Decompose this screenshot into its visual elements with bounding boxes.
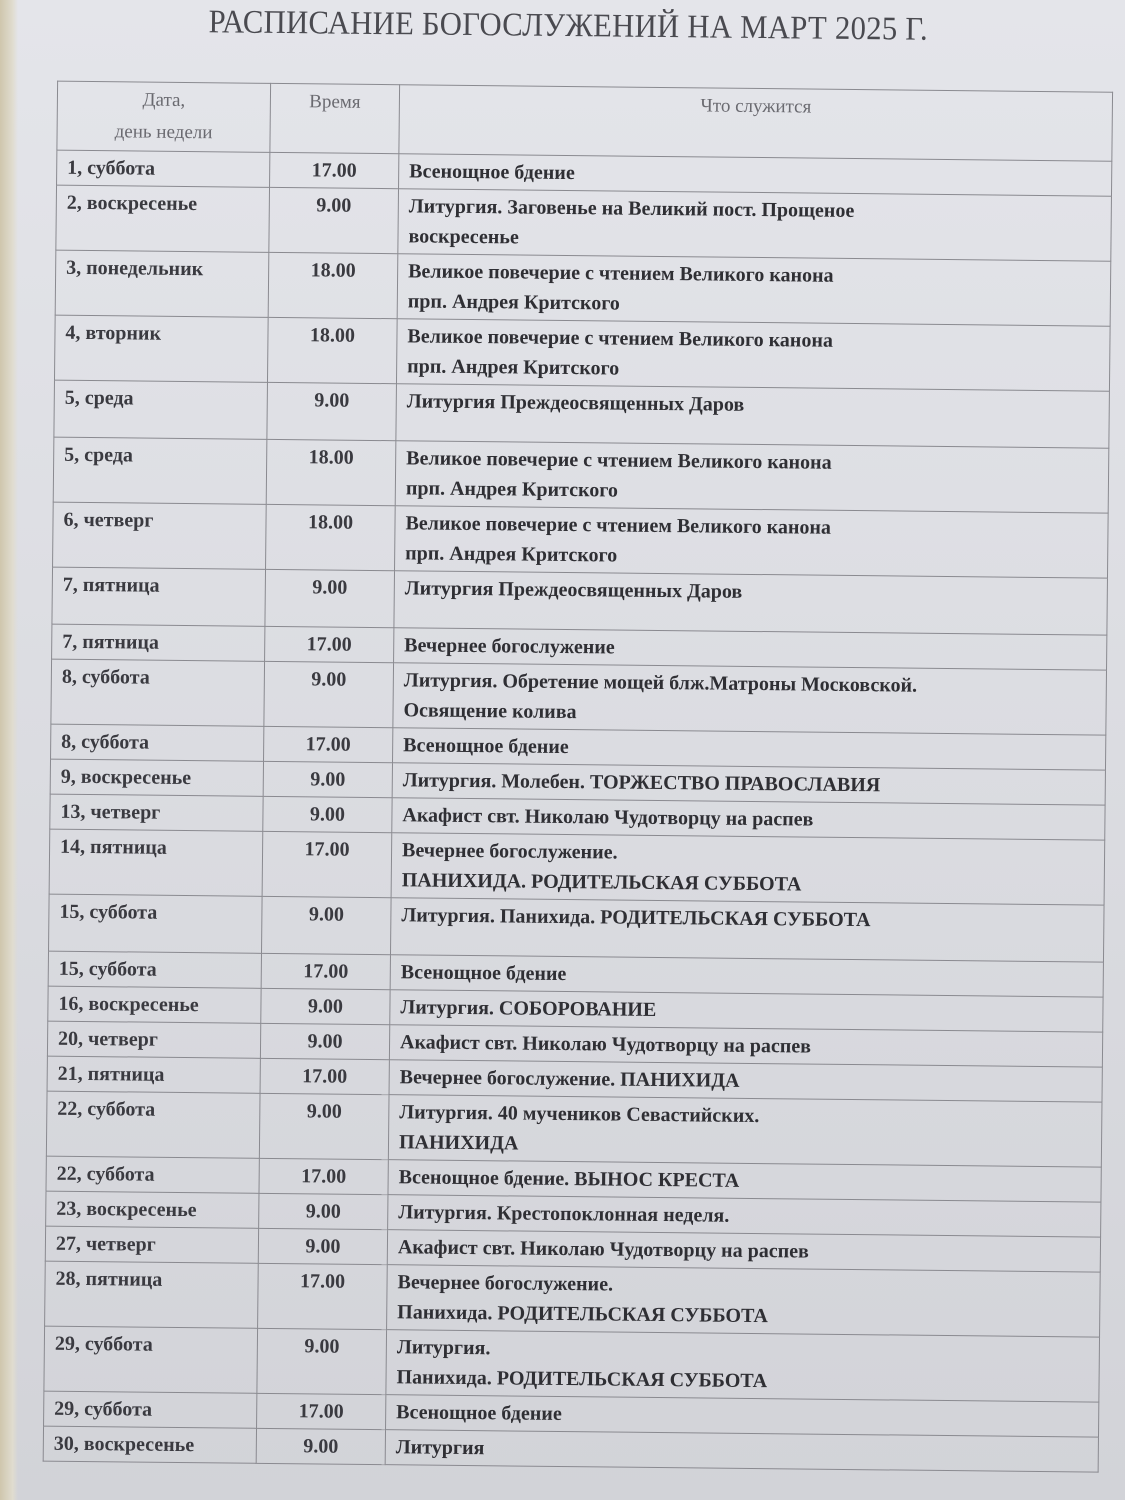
page-title: РАСПИСАНИЕ БОГОСЛУЖЕНИЙ НА МАРТ 2025 Г.: [51, 3, 1086, 51]
service-line: Панихида. РОДИТЕЛЬСКАЯ СУББОТА: [396, 1362, 1088, 1399]
service-line: Вечернее богослужение: [404, 630, 1096, 667]
cell-time: 9.00: [262, 896, 392, 954]
service-line: Литургия. Молебен. ТОРЖЕСТВО ПРАВОСЛАВИЯ: [403, 765, 1095, 802]
cell-service: Вечернее богослужение.ПАНИХИДА. РОДИТЕЛЬ…: [391, 833, 1105, 905]
cell-date: 8, суббота: [51, 659, 265, 726]
cell-time: 9.00: [263, 761, 392, 797]
cell-time: 9.00: [264, 661, 394, 727]
cell-date: 15, суббота: [49, 894, 263, 953]
cell-time: 17.00: [258, 1263, 388, 1329]
cell-date: 29, суббота: [44, 1326, 258, 1393]
cell-service: Великое повечерие с чтением Великого кан…: [395, 441, 1109, 513]
service-line: Акафист свт. Николаю Чудотворцу на распе…: [398, 1232, 1090, 1269]
table-header-row: Дата, день недели Время Что служится: [57, 81, 1113, 161]
service-line: прп. Андрея Критского: [405, 538, 1097, 575]
cell-time: 9.00: [267, 382, 397, 440]
cell-time: 18.00: [266, 439, 396, 505]
cell-date: 28, пятница: [45, 1261, 259, 1328]
table-row: 3, понедельник18.00Великое повечерие с ч…: [55, 250, 1111, 326]
cell-date: 21, пятница: [47, 1056, 260, 1093]
schedule-table: Дата, день недели Время Что служится 1, …: [43, 81, 1113, 1473]
cell-date: 23, воскресенье: [46, 1191, 259, 1228]
header-service: Что служится: [399, 85, 1113, 161]
cell-time: 17.00: [259, 1158, 388, 1194]
cell-date: 15, суббота: [48, 951, 261, 988]
cell-time: 9.00: [259, 1093, 389, 1159]
cell-date: 20, четверг: [47, 1021, 260, 1058]
cell-time: 9.00: [263, 796, 392, 832]
cell-date: 5, среда: [53, 437, 267, 504]
cell-time: 17.00: [262, 831, 392, 897]
cell-date: 16, воскресенье: [48, 986, 261, 1023]
cell-time: 18.00: [266, 504, 396, 570]
cell-time: 17.00: [260, 1058, 389, 1094]
service-line: Литургия. Панихида. РОДИТЕЛЬСКАЯ СУББОТА: [401, 900, 1093, 937]
cell-date: 6, четверг: [53, 502, 267, 569]
cell-service: Литургия. Панихида. РОДИТЕЛЬСКАЯ СУББОТА: [390, 898, 1104, 962]
schedule-rows: 1, суббота17.00Всенощное бдение2, воскре…: [43, 150, 1112, 1472]
cell-service: Великое повечерие с чтением Великого кан…: [397, 254, 1111, 326]
cell-time: 17.00: [261, 953, 390, 989]
cell-date: 14, пятница: [49, 829, 263, 896]
service-line: Литургия: [396, 1432, 1088, 1469]
service-line: прп. Андрея Критского: [406, 473, 1098, 510]
cell-date: 3, понедельник: [55, 250, 269, 317]
schedule-sheet: РАСПИСАНИЕ БОГОСЛУЖЕНИЙ НА МАРТ 2025 Г. …: [0, 0, 1125, 1500]
table-row: 5, среда18.00Великое повечерие с чтением…: [53, 437, 1109, 513]
service-line: Всенощное бдение: [403, 730, 1095, 767]
service-line: ПАНИХИДА: [399, 1127, 1091, 1164]
table-row: 6, четверг18.00Великое повечерие с чтени…: [53, 502, 1109, 578]
service-line: ПАНИХИДА. РОДИТЕЛЬСКАЯ СУББОТА: [402, 865, 1094, 902]
service-line: Литургия. Крестопоклонная неделя.: [398, 1197, 1090, 1234]
service-line: Всенощное бдение. ВЫНОС КРЕСТА: [399, 1162, 1091, 1199]
service-line: прп. Андрея Критского: [408, 286, 1100, 323]
service-line: Освящение колива: [403, 695, 1095, 732]
table-row: 4, вторник18.00Великое повечерие с чтени…: [54, 315, 1110, 391]
table-row: 8, суббота9.00Литургия. Обретение мощей …: [51, 659, 1107, 735]
service-line: Литургия. СОБОРОВАНИЕ: [400, 992, 1092, 1029]
cell-date: 1, суббота: [57, 150, 270, 187]
service-line: Всенощное бдение: [409, 156, 1101, 193]
service-line: Всенощное бдение: [396, 1397, 1088, 1434]
cell-time: 17.00: [257, 1393, 386, 1429]
cell-time: 9.00: [259, 1193, 388, 1229]
cell-date: 22, суббота: [46, 1156, 259, 1193]
table-row: 14, пятница17.00Вечернее богослужение.ПА…: [49, 829, 1105, 905]
cell-time: 9.00: [258, 1228, 387, 1264]
header-time: Время: [270, 83, 400, 153]
cell-service: Литургия.Панихида. РОДИТЕЛЬСКАЯ СУББОТА: [386, 1330, 1100, 1402]
cell-date: 9, воскресенье: [50, 759, 263, 796]
cell-time: 9.00: [265, 569, 395, 627]
cell-date: 22, суббота: [46, 1091, 260, 1158]
cell-service: Великое повечерие с чтением Великого кан…: [395, 506, 1109, 578]
service-line: прп. Андрея Критского: [407, 351, 1099, 388]
cell-time: 9.00: [257, 1328, 387, 1394]
table-row: 22, суббота9.00Литургия. 40 мучеников Се…: [46, 1091, 1102, 1167]
cell-time: 17.00: [265, 626, 394, 662]
cell-date: 29, суббота: [44, 1391, 257, 1428]
cell-date: 13, четверг: [50, 794, 263, 831]
cell-time: 17.00: [270, 152, 399, 188]
cell-time: 18.00: [267, 317, 397, 383]
service-line: Акафист свт. Николаю Чудотворцу на распе…: [402, 800, 1094, 837]
cell-time: 18.00: [268, 252, 398, 318]
cell-service: Литургия. 40 мучеников Севастийских.ПАНИ…: [388, 1095, 1102, 1167]
cell-time: 17.00: [264, 726, 393, 762]
cell-time: 9.00: [269, 187, 399, 253]
table-row: 29, суббота9.00Литургия.Панихида. РОДИТЕ…: [44, 1326, 1100, 1402]
cell-service: Великое повечерие с чтением Великого кан…: [396, 319, 1110, 391]
service-line: Вечернее богослужение. ПАНИХИДА: [400, 1062, 1092, 1099]
cell-date: 30, воскресенье: [43, 1426, 256, 1463]
cell-date: 2, воскресенье: [56, 185, 270, 252]
service-line: Всенощное бдение: [401, 957, 1093, 994]
service-line: Литургия Преждеосвященных Даров: [407, 386, 1099, 423]
cell-time: 9.00: [261, 988, 390, 1024]
service-line: Акафист свт. Николаю Чудотворцу на распе…: [400, 1027, 1092, 1064]
cell-service: Литургия Преждеосвященных Даров: [396, 384, 1110, 448]
cell-service: Вечернее богослужение.Панихида. РОДИТЕЛЬ…: [387, 1265, 1101, 1337]
cell-time: 9.00: [260, 1023, 389, 1059]
cell-date: 27, четверг: [45, 1226, 258, 1263]
cell-time: 9.00: [256, 1428, 385, 1464]
table-row: 2, воскресенье9.00Литургия. Заговенье на…: [56, 185, 1112, 261]
cell-service: Литургия Преждеосвященных Даров: [394, 571, 1108, 635]
cell-date: 7, пятница: [52, 567, 266, 626]
cell-service: Литургия: [385, 1430, 1098, 1472]
cell-date: 8, суббота: [51, 724, 264, 761]
cell-service: Литургия. Заговенье на Великий пост. Про…: [398, 189, 1112, 261]
service-line: Литургия Преждеосвященных Даров: [405, 573, 1097, 610]
table-row: 28, пятница17.00Вечернее богослужение.Па…: [45, 1261, 1101, 1337]
service-line: Панихида. РОДИТЕЛЬСКАЯ СУББОТА: [397, 1297, 1089, 1334]
cell-service: Литургия. Обретение мощей блж.Матроны Мо…: [393, 663, 1107, 735]
header-date: Дата, день недели: [57, 81, 271, 152]
service-line: воскресенье: [408, 221, 1100, 258]
cell-date: 5, среда: [54, 380, 268, 439]
cell-date: 4, вторник: [54, 315, 268, 382]
cell-date: 7, пятница: [52, 624, 265, 661]
